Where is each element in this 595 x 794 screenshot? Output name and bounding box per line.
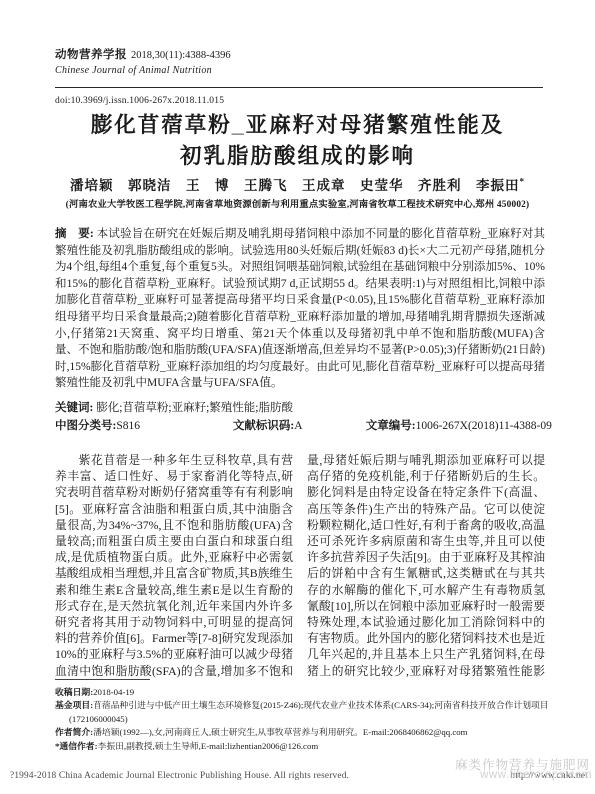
footnote-rule xyxy=(55,679,150,680)
body-column-left: 紫花苜蓿是一种多年生豆科牧草,具有营养丰富、适口性好、易于家畜消化等特点,研究表… xyxy=(55,452,293,678)
journal-name: 动物营养学报 xyxy=(55,49,127,61)
abstract-block: 摘 要: 本试验旨在研究在妊娠后期及哺乳期母猪饲粮中添加不同量的膨化苜蓿草粉_亚… xyxy=(55,226,545,398)
journal-name-english: Chinese Journal of Animal Nutrition xyxy=(55,65,455,76)
clc-label: 中图分类号: xyxy=(55,420,116,432)
footnote-funding-label: 基金项目: xyxy=(55,700,93,710)
footnote-block: 收稿日期:2018-04-19 基金项目:苜蓿品种引进与中低产田土壤生态环境修复… xyxy=(55,686,575,753)
body-columns: 紫花苜蓿是一种多年生豆科牧草,具有营养丰富、适口性好、易于家畜消化等特点,研究表… xyxy=(55,452,545,678)
footnote-corresponding: *通信作者:李振田,副教授,硕士生导师,E-mail:lizhentian200… xyxy=(55,740,575,753)
authors-line: 潘培颖 郭晓洁 王 博 王腾飞 王成章 史莹华 齐胜利 李振田* xyxy=(0,174,595,194)
footnote-funding-continued: (172106000045) xyxy=(55,713,575,726)
footnote-corresponding-value: 李振田,副教授,硕士生导师,E-mail:lizhentian2006@126.… xyxy=(98,741,319,751)
header-divider-rule xyxy=(55,87,543,88)
footnote-corresponding-label: *通信作者: xyxy=(55,741,98,751)
paper-title-line1: 膨化苜蓿草粉_亚麻籽对母猪繁殖性能及 xyxy=(91,113,504,137)
doi-line: doi:10.3969/j.issn.1006-267x.2018.11.015 xyxy=(55,96,224,106)
article-id-label: 文章编号: xyxy=(366,420,416,432)
watermark-site-url: www.fibercrops.com xyxy=(420,769,592,781)
doc-code-value: A xyxy=(294,420,302,432)
keywords-label: 关键词: xyxy=(55,402,93,414)
footnote-funding-value: 苜蓿品种引进与中低产田土壤生态环境修复(2015-Z46);现代农业产业技术体系… xyxy=(93,700,548,710)
footnote-received: 收稿日期:2018-04-19 xyxy=(55,686,575,699)
abstract-text: 本试验旨在研究在妊娠后期及哺乳期母猪饲粮中添加不同量的膨化苜蓿草粉_亚麻籽对其繁… xyxy=(55,228,545,389)
doc-code-label: 文献标识码: xyxy=(233,420,294,432)
paper-title-line2: 初乳脂肪酸组成的影响 xyxy=(180,144,415,168)
footnote-bio-label: 作者简介: xyxy=(55,727,93,737)
body-column-right: 量,母猪妊娠后期与哺乳期添加亚麻籽可以提高仔猪的免疫机能,利于仔猪断奶后的生长。… xyxy=(307,452,545,678)
keywords-line: 关键词: 膨化;苜蓿草粉;亚麻籽;繁殖性能;脂肪酸 xyxy=(55,399,545,415)
footnote-received-label: 收稿日期: xyxy=(55,687,93,697)
footnote-author-bio: 作者简介:潘培颖(1992—),女,河南商丘人,硕士研究生,从事牧草营养与利用研… xyxy=(55,726,575,739)
copyright-text: ?1994-2018 China Academic Journal Electr… xyxy=(10,771,349,781)
journal-issue: 2018,30(11):4388-4396 xyxy=(131,50,231,61)
corresponding-author-mark: * xyxy=(520,177,526,187)
abstract-label: 摘 要: xyxy=(55,228,94,240)
affiliation: (河南农业大学牧医工程学院,河南省草地资源创新与利用重点实验室,河南省牧草工程技… xyxy=(0,196,595,210)
paper-title: 膨化苜蓿草粉_亚麻籽对母猪繁殖性能及 初乳脂肪酸组成的影响 xyxy=(0,110,595,172)
clc-value: S816 xyxy=(116,420,140,432)
keywords-text: 膨化;苜蓿草粉;亚麻籽;繁殖性能;脂肪酸 xyxy=(93,402,293,414)
classification-line: 中图分类号:S816 文献标识码:A 文章编号:1006-267X(2018)1… xyxy=(55,417,565,433)
footnote-funding: 基金项目:苜蓿品种引进与中低产田土壤生态环境修复(2015-Z46);现代农业产… xyxy=(55,699,575,712)
paper-page: 动物营养学报2018,30(11):4388-4396 Chinese Jour… xyxy=(0,0,595,794)
footnote-received-value: 2018-04-19 xyxy=(93,687,134,697)
article-id-value: 1006-267X(2018)11-4388-09 xyxy=(416,420,552,432)
author-names: 潘培颖 郭晓洁 王 博 王腾飞 王成章 史莹华 齐胜利 李振田 xyxy=(70,178,520,193)
footnote-bio-value: 潘培颖(1992—),女,河南商丘人,硕士研究生,从事牧草营养与利用研究。E-m… xyxy=(93,727,467,737)
journal-header: 动物营养学报2018,30(11):4388-4396 Chinese Jour… xyxy=(55,46,455,76)
